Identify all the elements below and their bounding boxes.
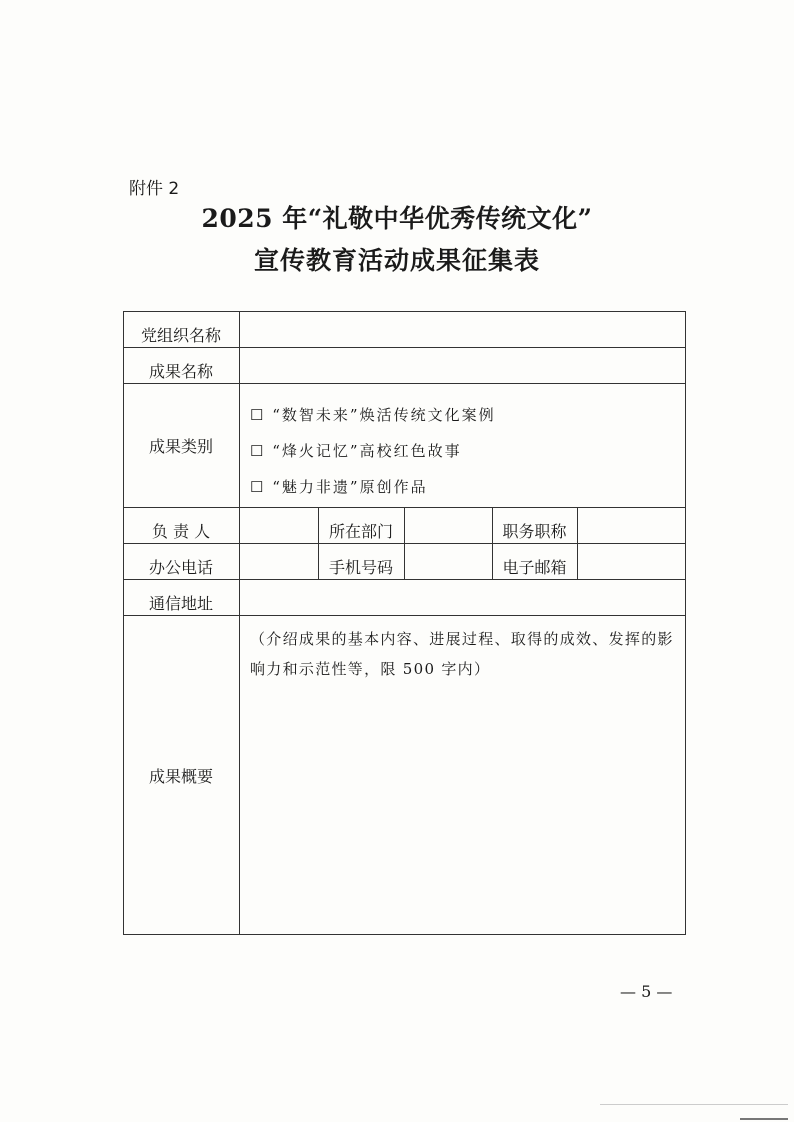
category-option-red-story[interactable]: ☐ “烽火记忆”高校红色故事 [250,440,462,461]
mobile-label: 手机号码 [318,548,404,584]
result-name-field[interactable] [240,348,685,383]
summary-label: 成果概要 [123,616,239,935]
email-field[interactable] [578,544,685,579]
person-in-charge-label: 负 责 人 [123,512,239,548]
category-option-label: “数智未来”焕活传统文化案例 [272,406,495,424]
mobile-field[interactable] [405,544,492,579]
department-field[interactable] [405,508,492,543]
page-title-line1: 2025 年“礼敬中华优秀传统文化” [0,199,794,235]
page-title-line2: 宣传教育活动成果征集表 [0,241,794,277]
checkbox-icon[interactable]: ☐ [250,406,265,424]
party-org-name-label: 党组织名称 [123,316,239,352]
office-phone-field[interactable] [240,544,318,579]
category-option-label: “魅力非遗”原创作品 [272,478,427,496]
scan-artifact-mark [740,1118,788,1120]
job-title-label: 职务职称 [492,512,577,548]
checkbox-icon[interactable]: ☐ [250,478,265,496]
department-label: 所在部门 [318,512,404,548]
attachment-label: 附件 2 [129,174,179,199]
summary-hint: （介绍成果的基本内容、进展过程、取得的成效、发挥的影响力和示范性等，限 500 … [250,624,682,684]
result-name-label: 成果名称 [123,352,239,388]
category-option-digital[interactable]: ☐ “数智未来”焕活传统文化案例 [250,404,496,425]
email-label: 电子邮箱 [492,548,577,584]
office-phone-label: 办公电话 [123,548,239,584]
person-in-charge-field[interactable] [240,508,318,543]
page-number: — 5 — [620,982,672,1001]
party-org-name-field[interactable] [240,312,685,347]
job-title-field[interactable] [578,508,685,543]
mailing-address-field[interactable] [240,580,685,615]
checkbox-icon[interactable]: ☐ [250,442,265,460]
category-option-heritage[interactable]: ☐ “魅力非遗”原创作品 [250,476,428,497]
mailing-address-label: 通信地址 [123,584,239,620]
result-category-label: 成果类别 [123,384,239,507]
category-option-label: “烽火记忆”高校红色故事 [272,442,461,460]
scan-artifact-line [600,1104,788,1105]
